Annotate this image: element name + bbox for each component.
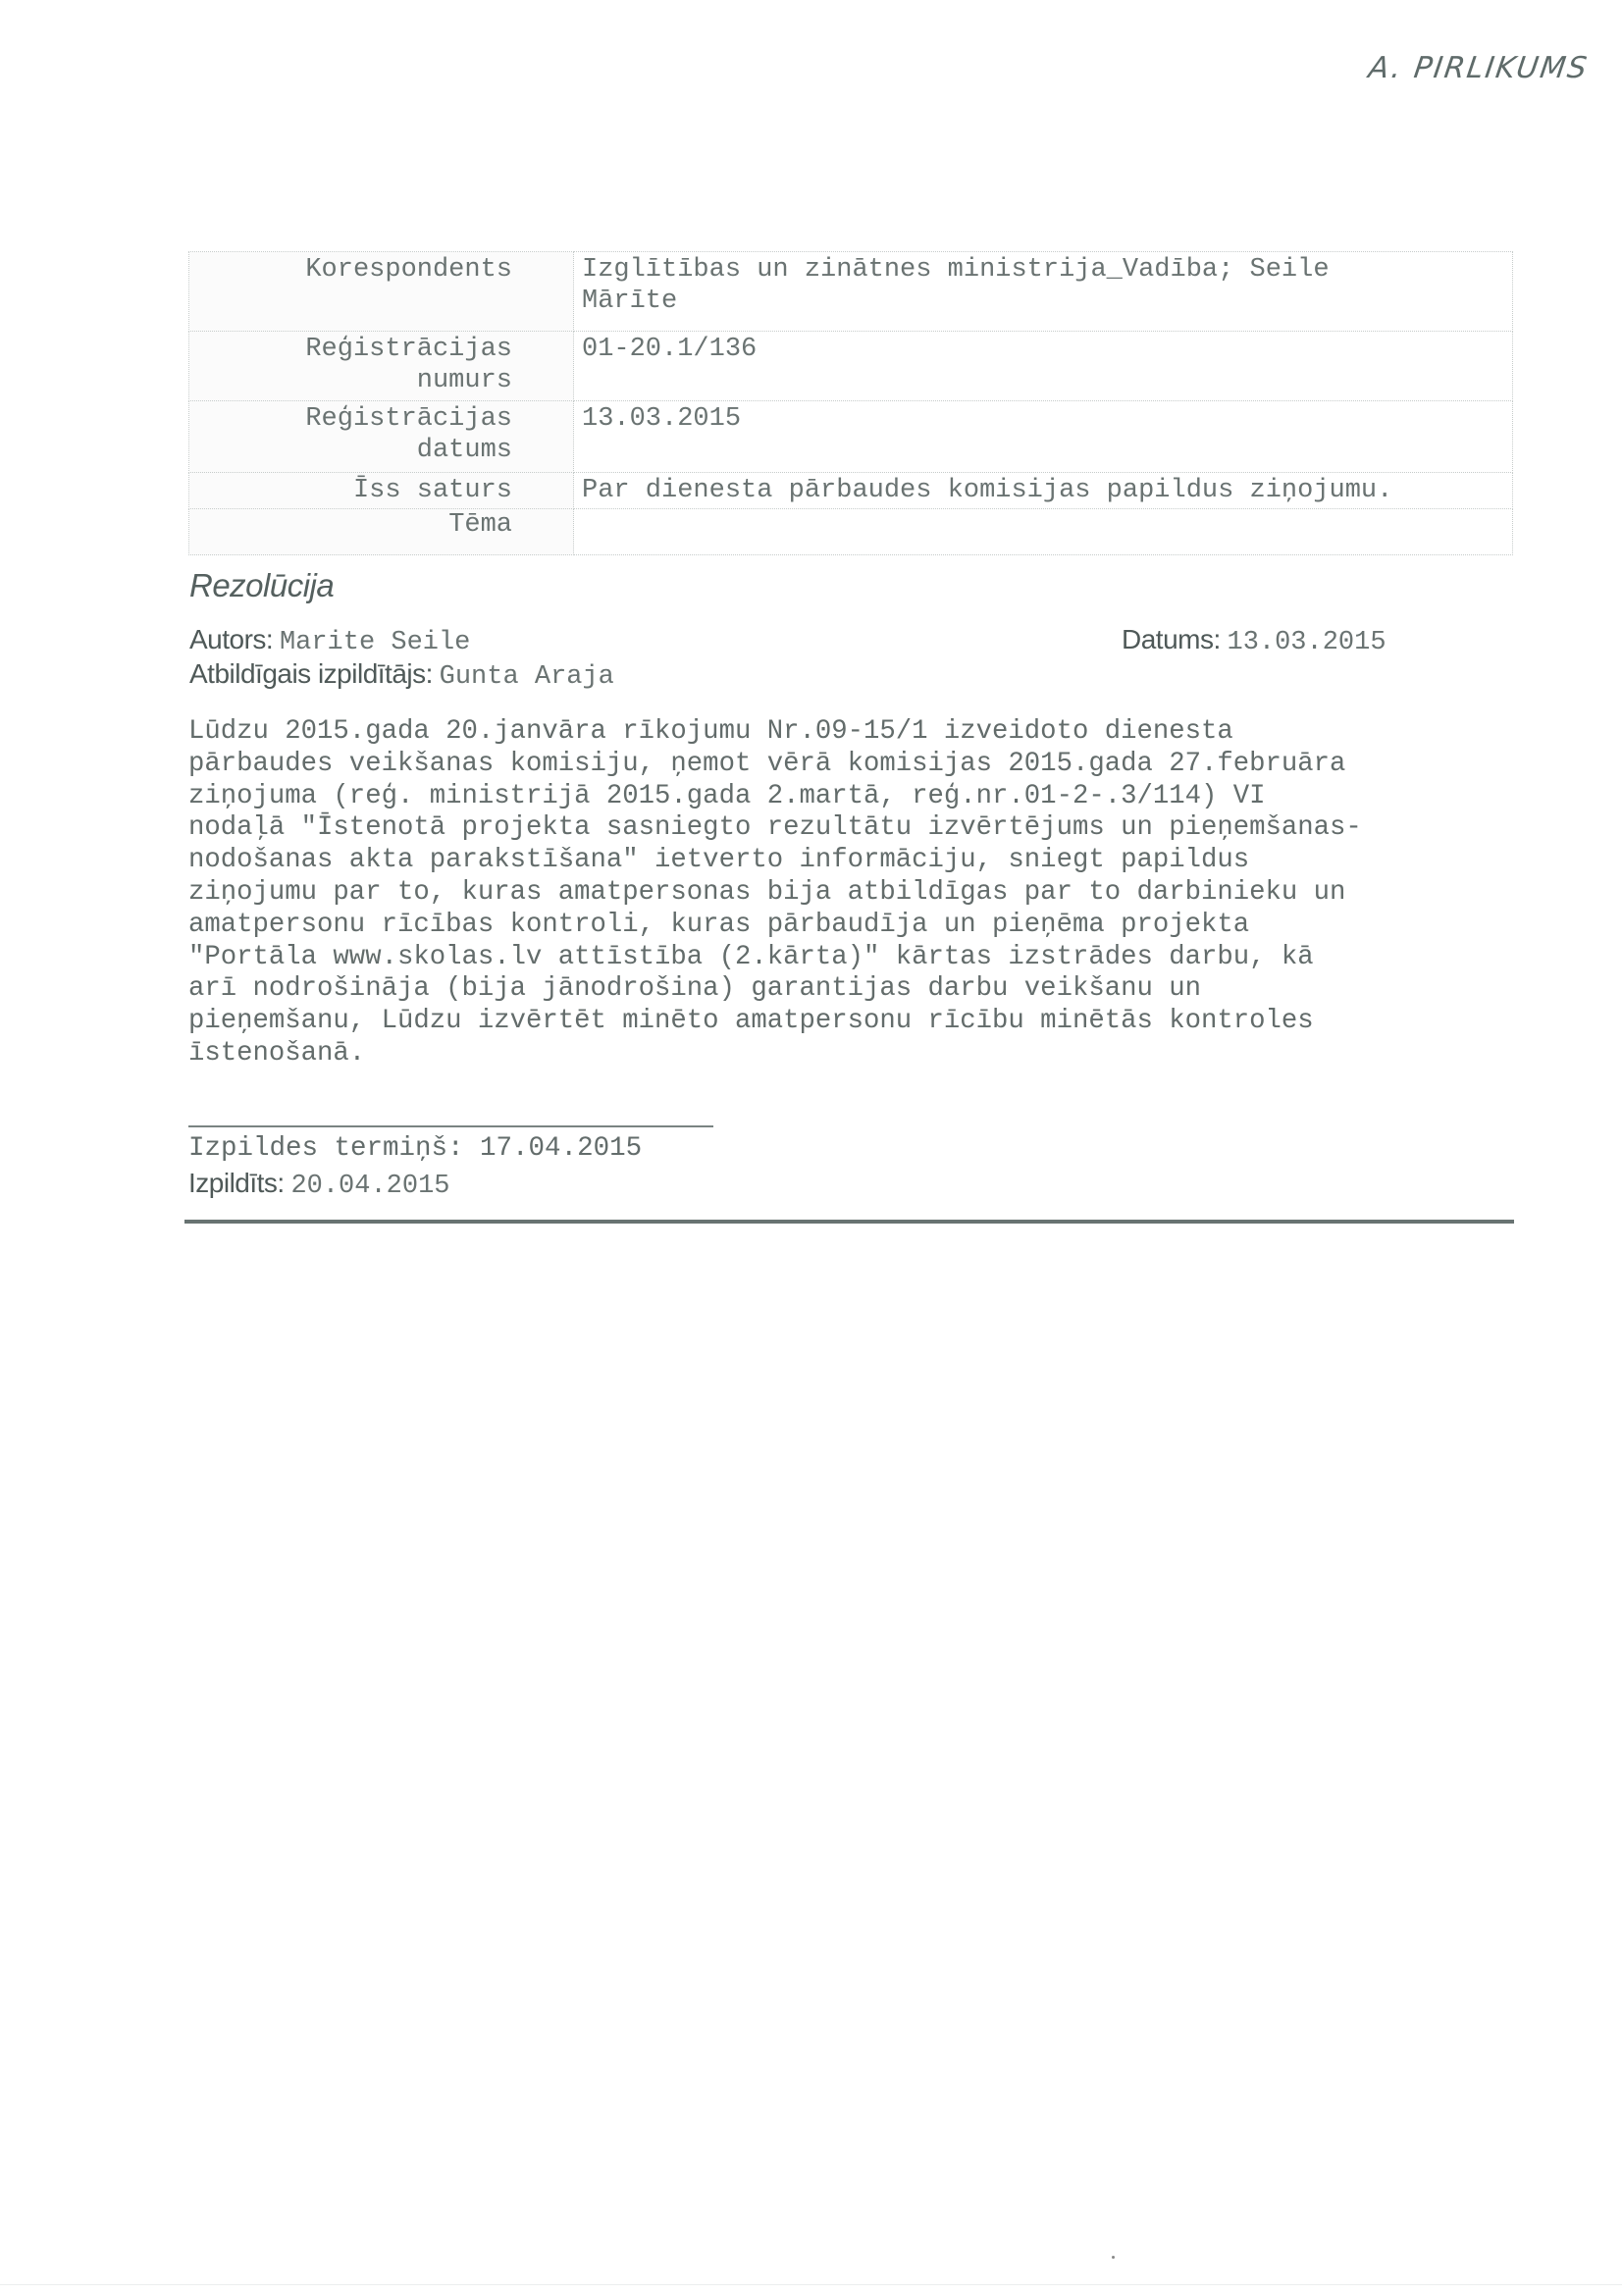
responsible-executor-label: Atbildīgais izpildītājs:: [189, 658, 433, 689]
document-metadata-table: Korespondents Izglītības un zinātnes min…: [188, 251, 1513, 555]
scan-edge: [0, 2284, 1622, 2285]
resolution-date-value: 13.03.2015: [1228, 628, 1387, 657]
value-registration-number: 01-20.1/136: [574, 332, 1513, 401]
responsible-executor-value: Gunta Araja: [440, 662, 614, 692]
body-line: nodošanas akta parakstīšana" ietverto in…: [188, 845, 1543, 877]
value-korespondents: Izglītības un zinātnes ministrija_Vadība…: [574, 252, 1513, 332]
body-line: arī nodrošināja (bija jānodrošina) garan…: [188, 973, 1543, 1006]
table-row-topic: Tēma: [189, 509, 1513, 555]
deadline-separator: [188, 1125, 713, 1127]
value-summary: Par dienesta pārbaudes komisijas papildu…: [574, 473, 1513, 509]
body-line: nodaļā "Īstenotā projekta sasniegto rezu…: [188, 812, 1543, 845]
author-value: Marite Seile: [280, 628, 470, 657]
body-line: ziņojuma (reģ. ministrijā 2015.gada 2.ma…: [188, 781, 1543, 813]
value-topic: [574, 509, 1513, 555]
label-topic: Tēma: [189, 509, 574, 555]
deadline-text: Izpildes termiņš: 17.04.2015: [188, 1133, 642, 1164]
resolution-heading: Rezolūcija: [189, 567, 334, 604]
body-line: Lūdzu 2015.gada 20.janvāra rīkojumu Nr.0…: [188, 716, 1543, 749]
completed-label: Izpildīts:: [188, 1168, 285, 1198]
body-line: amatpersonu rīcības kontroli, kuras pārb…: [188, 910, 1543, 942]
table-row-registration-number: Reģistrācijas numurs 01-20.1/136: [189, 332, 1513, 401]
completed-field: Izpildīts: 20.04.2015: [188, 1168, 449, 1201]
responsible-executor-field: Atbildīgais izpildītājs: Gunta Araja: [189, 658, 614, 692]
handwritten-signature: A. PIRLIKUMS: [1367, 51, 1591, 85]
body-line: "Portāla www.skolas.lv attīstība (2.kārt…: [188, 942, 1543, 974]
body-line: ziņojumu par to, kuras amatpersonas bija…: [188, 877, 1543, 910]
completed-value: 20.04.2015: [290, 1172, 449, 1201]
label-summary: Īss saturs: [189, 473, 574, 509]
body-line: īstenošanā.: [188, 1038, 1543, 1070]
table-row-summary: Īss saturs Par dienesta pārbaudes komisi…: [189, 473, 1513, 509]
value-registration-date: 13.03.2015: [574, 401, 1513, 473]
label-registration-number: Reģistrācijas numurs: [189, 332, 574, 401]
resolution-body: Lūdzu 2015.gada 20.janvāra rīkojumu Nr.0…: [188, 716, 1543, 1070]
resolution-date-label: Datums:: [1122, 624, 1221, 654]
body-line: pieņemšanu, Lūdzu izvērtēt minēto amatpe…: [188, 1006, 1543, 1038]
resolution-date-field: Datums: 13.03.2015: [1122, 624, 1387, 657]
table-row-registration-date: Reģistrācijas datums 13.03.2015: [189, 401, 1513, 473]
label-registration-date: Reģistrācijas datums: [189, 401, 574, 473]
table-row-korespondents: Korespondents Izglītības un zinātnes min…: [189, 252, 1513, 332]
scan-speck: [1112, 2256, 1115, 2259]
footer-rule: [184, 1220, 1514, 1224]
label-korespondents: Korespondents: [189, 252, 574, 332]
author-field: Autors: Marite Seile: [189, 624, 470, 657]
body-line: pārbaudes veikšanas komisiju, ņemot vērā…: [188, 749, 1543, 781]
author-label: Autors:: [189, 624, 273, 654]
